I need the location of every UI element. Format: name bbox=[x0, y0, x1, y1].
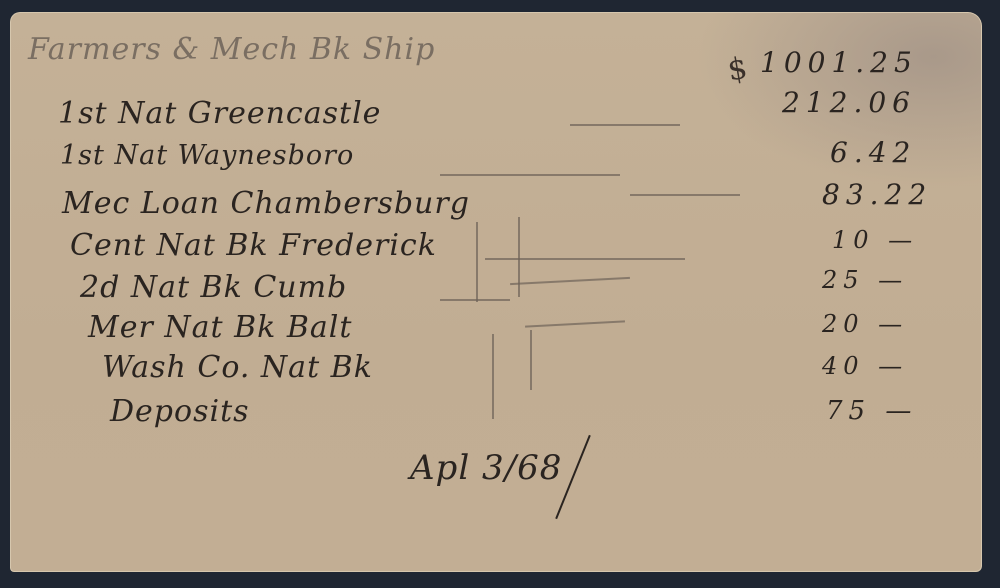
pencil-line bbox=[525, 320, 625, 327]
pencil-line bbox=[630, 194, 740, 196]
pencil-line bbox=[485, 258, 685, 260]
entry-amount: 1001.25 bbox=[760, 46, 918, 79]
entry-label: Deposits bbox=[110, 394, 250, 429]
date: Apl 3/68 bbox=[410, 448, 562, 488]
entry-amount: 20 — bbox=[822, 310, 908, 338]
pencil-line bbox=[530, 330, 532, 390]
pencil-line bbox=[570, 124, 680, 126]
entry-amount: 40 — bbox=[822, 352, 908, 380]
entry-label: 1st Nat Greencastle bbox=[58, 96, 381, 131]
pencil-line bbox=[510, 277, 630, 285]
entry-amount: 83.22 bbox=[822, 178, 932, 211]
pencil-line bbox=[492, 334, 494, 419]
pencil-line bbox=[476, 222, 478, 302]
entry-label: Mec Loan Chambersburg bbox=[62, 186, 470, 221]
ledger-heading: Farmers & Mech Bk Ship bbox=[28, 32, 435, 67]
entry-label: Mer Nat Bk Balt bbox=[88, 310, 352, 345]
pencil-line bbox=[440, 299, 510, 301]
entry-label: Wash Co. Nat Bk bbox=[102, 350, 373, 385]
entry-amount: 10 — bbox=[832, 226, 918, 254]
pencil-line bbox=[440, 174, 620, 176]
entry-label: Cent Nat Bk Frederick bbox=[70, 228, 437, 263]
entry-amount: 25 — bbox=[822, 266, 908, 294]
entry-label: 2d Nat Bk Cumb bbox=[80, 270, 347, 305]
entry-amount: 212.06 bbox=[782, 86, 916, 119]
entry-label: 1st Nat Waynesboro bbox=[60, 140, 354, 171]
entry-amount: 75 — bbox=[826, 396, 917, 426]
dollar-sign: $ bbox=[725, 51, 750, 89]
pencil-line bbox=[518, 217, 520, 297]
entry-amount: 6.42 bbox=[830, 136, 916, 169]
